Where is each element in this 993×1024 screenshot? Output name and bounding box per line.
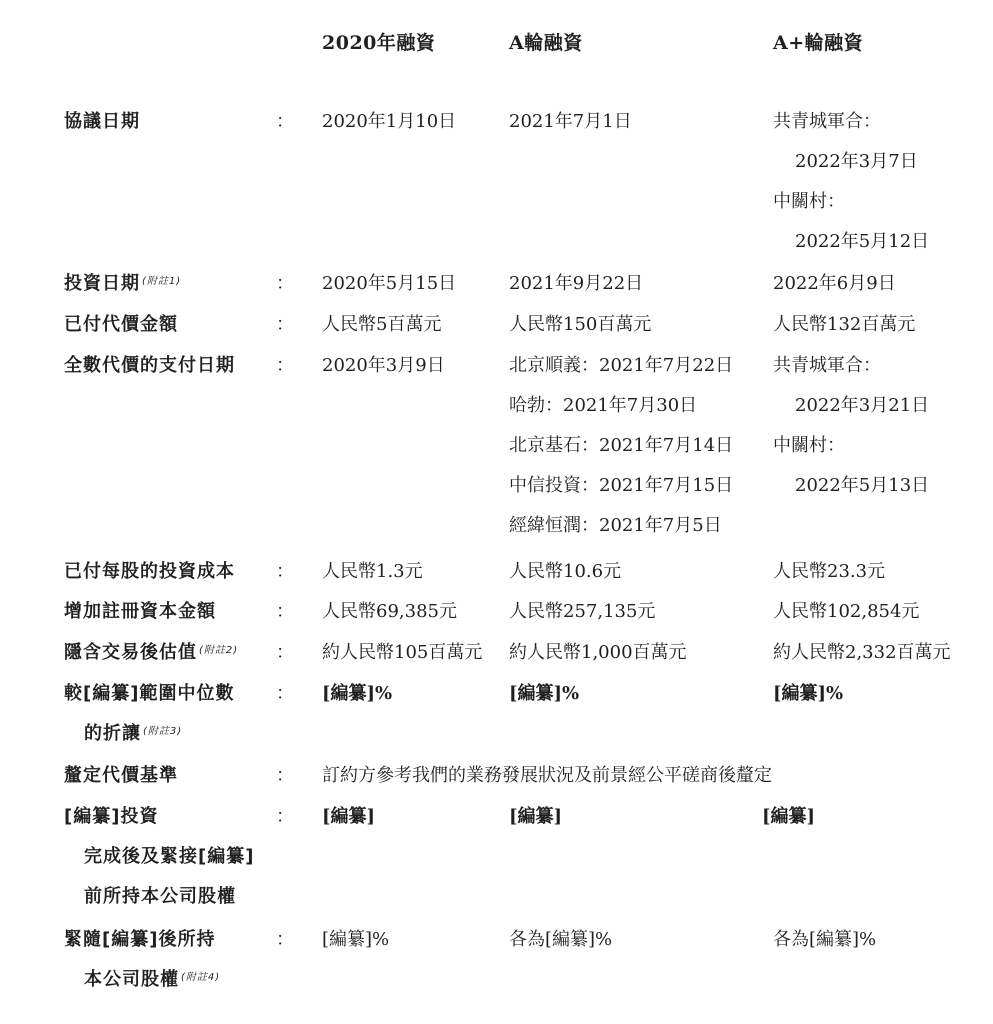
- cell-series-a: 約人民幣1,000百萬元: [509, 633, 687, 673]
- header-series-a: A輪融資: [509, 28, 583, 55]
- colon: ：: [276, 264, 294, 304]
- cell-2020: 人民幣5百萬元: [322, 305, 441, 345]
- colon: ：: [276, 102, 294, 142]
- cell-2020: [編纂]: [322, 797, 375, 837]
- cell-series-a: 人民幣10.6元: [509, 552, 621, 592]
- cell-series-a: 2021年9月22日: [509, 264, 643, 304]
- investor-name: 共青城軍合：: [773, 346, 929, 386]
- cell-2020: [編纂]%: [322, 920, 389, 960]
- investor-name: 中關村：: [773, 182, 929, 222]
- row-label: 緊隨[編纂]後所持 本公司股權(附註4): [64, 920, 220, 1000]
- date: 2022年3月7日: [773, 142, 929, 182]
- colon: ：: [276, 346, 294, 386]
- investor-payment-date: 北京順義：2021年7月22日: [509, 346, 733, 386]
- investor-payment-date: 北京基石：2021年7月14日: [509, 426, 733, 466]
- cell-series-a-plus: 2022年6月9日: [773, 264, 896, 304]
- cell-series-a-plus: 人民幣102,854元: [773, 592, 919, 632]
- cell-series-a-plus: 各為[編纂]%: [773, 920, 876, 960]
- cell-2020: 約人民幣105百萬元: [322, 633, 482, 673]
- cell-series-a-plus: 人民幣23.3元: [773, 552, 885, 592]
- investor-payment-date: 哈勃：2021年7月30日: [509, 386, 733, 426]
- colon: ：: [276, 797, 294, 837]
- cell-2020: 人民幣1.3元: [322, 552, 423, 592]
- colon: ：: [276, 305, 294, 345]
- investor-name: 中關村：: [773, 426, 929, 466]
- cell-series-a: [編纂]%: [509, 674, 579, 714]
- row-label: 釐定代價基準: [64, 756, 178, 796]
- cell-series-a-plus: 共青城軍合： 2022年3月7日 中關村： 2022年5月12日: [773, 102, 929, 262]
- footnote-ref: (附註2): [199, 645, 238, 656]
- cell-series-a: 北京順義：2021年7月22日 哈勃：2021年7月30日 北京基石：2021年…: [509, 346, 733, 546]
- date: 2022年5月12日: [773, 222, 929, 262]
- date: 2022年3月21日: [773, 386, 929, 426]
- colon: ：: [276, 552, 294, 592]
- cell-series-a: 2021年7月1日: [509, 102, 632, 142]
- colon: ：: [276, 592, 294, 632]
- footnote-ref: (附註3): [143, 726, 182, 737]
- cell-series-a: [編纂]: [509, 797, 562, 837]
- investor-payment-date: 經緯恒潤：2021年7月5日: [509, 506, 733, 546]
- colon: ：: [276, 633, 294, 673]
- cell-series-a-plus: 約人民幣2,332百萬元: [773, 633, 951, 673]
- colon: ：: [276, 756, 294, 796]
- footnote-ref: (附註1): [142, 276, 181, 287]
- cell-basis-merged: 訂約方參考我們的業務發展狀況及前景經公平磋商後釐定: [322, 756, 772, 796]
- row-label: 全數代價的支付日期: [64, 346, 235, 386]
- footnote-ref: (附註4): [181, 972, 220, 983]
- colon: ：: [276, 920, 294, 960]
- cell-series-a-plus: [編纂]: [762, 797, 815, 837]
- cell-series-a-plus: [編纂]%: [773, 674, 843, 714]
- row-label: 投資日期(附註1): [64, 264, 181, 304]
- row-label: [編纂]投資 完成後及緊接[編纂] 前所持本公司股權: [64, 797, 254, 917]
- row-label: 已付代價金額: [64, 305, 178, 345]
- cell-series-a-plus: 人民幣132百萬元: [773, 305, 915, 345]
- row-label: 增加註冊資本金額: [64, 592, 216, 632]
- date: 2022年5月13日: [773, 466, 929, 506]
- cell-2020: 2020年5月15日: [322, 264, 456, 304]
- cell-series-a: 人民幣257,135元: [509, 592, 655, 632]
- colon: ：: [276, 674, 294, 714]
- investor-name: 共青城軍合：: [773, 102, 929, 142]
- header-2020-financing: 2020年融資: [322, 28, 435, 55]
- row-label: 協議日期: [64, 102, 140, 142]
- row-label: 隱含交易後估值(附註2): [64, 633, 238, 673]
- cell-2020: [編纂]%: [322, 674, 392, 714]
- cell-series-a: 各為[編纂]%: [509, 920, 612, 960]
- cell-2020: 2020年1月10日: [322, 102, 456, 142]
- row-label: 較[編纂]範圍中位數 的折讓(附註3): [64, 674, 234, 754]
- cell-series-a: 人民幣150百萬元: [509, 305, 651, 345]
- cell-series-a-plus: 共青城軍合： 2022年3月21日 中關村： 2022年5月13日: [773, 346, 929, 506]
- row-label: 已付每股的投資成本: [64, 552, 235, 592]
- cell-2020: 人民幣69,385元: [322, 592, 457, 632]
- investor-payment-date: 中信投資：2021年7月15日: [509, 466, 733, 506]
- header-series-a-plus: A+輪融資: [773, 28, 863, 55]
- cell-2020: 2020年3月9日: [322, 346, 445, 386]
